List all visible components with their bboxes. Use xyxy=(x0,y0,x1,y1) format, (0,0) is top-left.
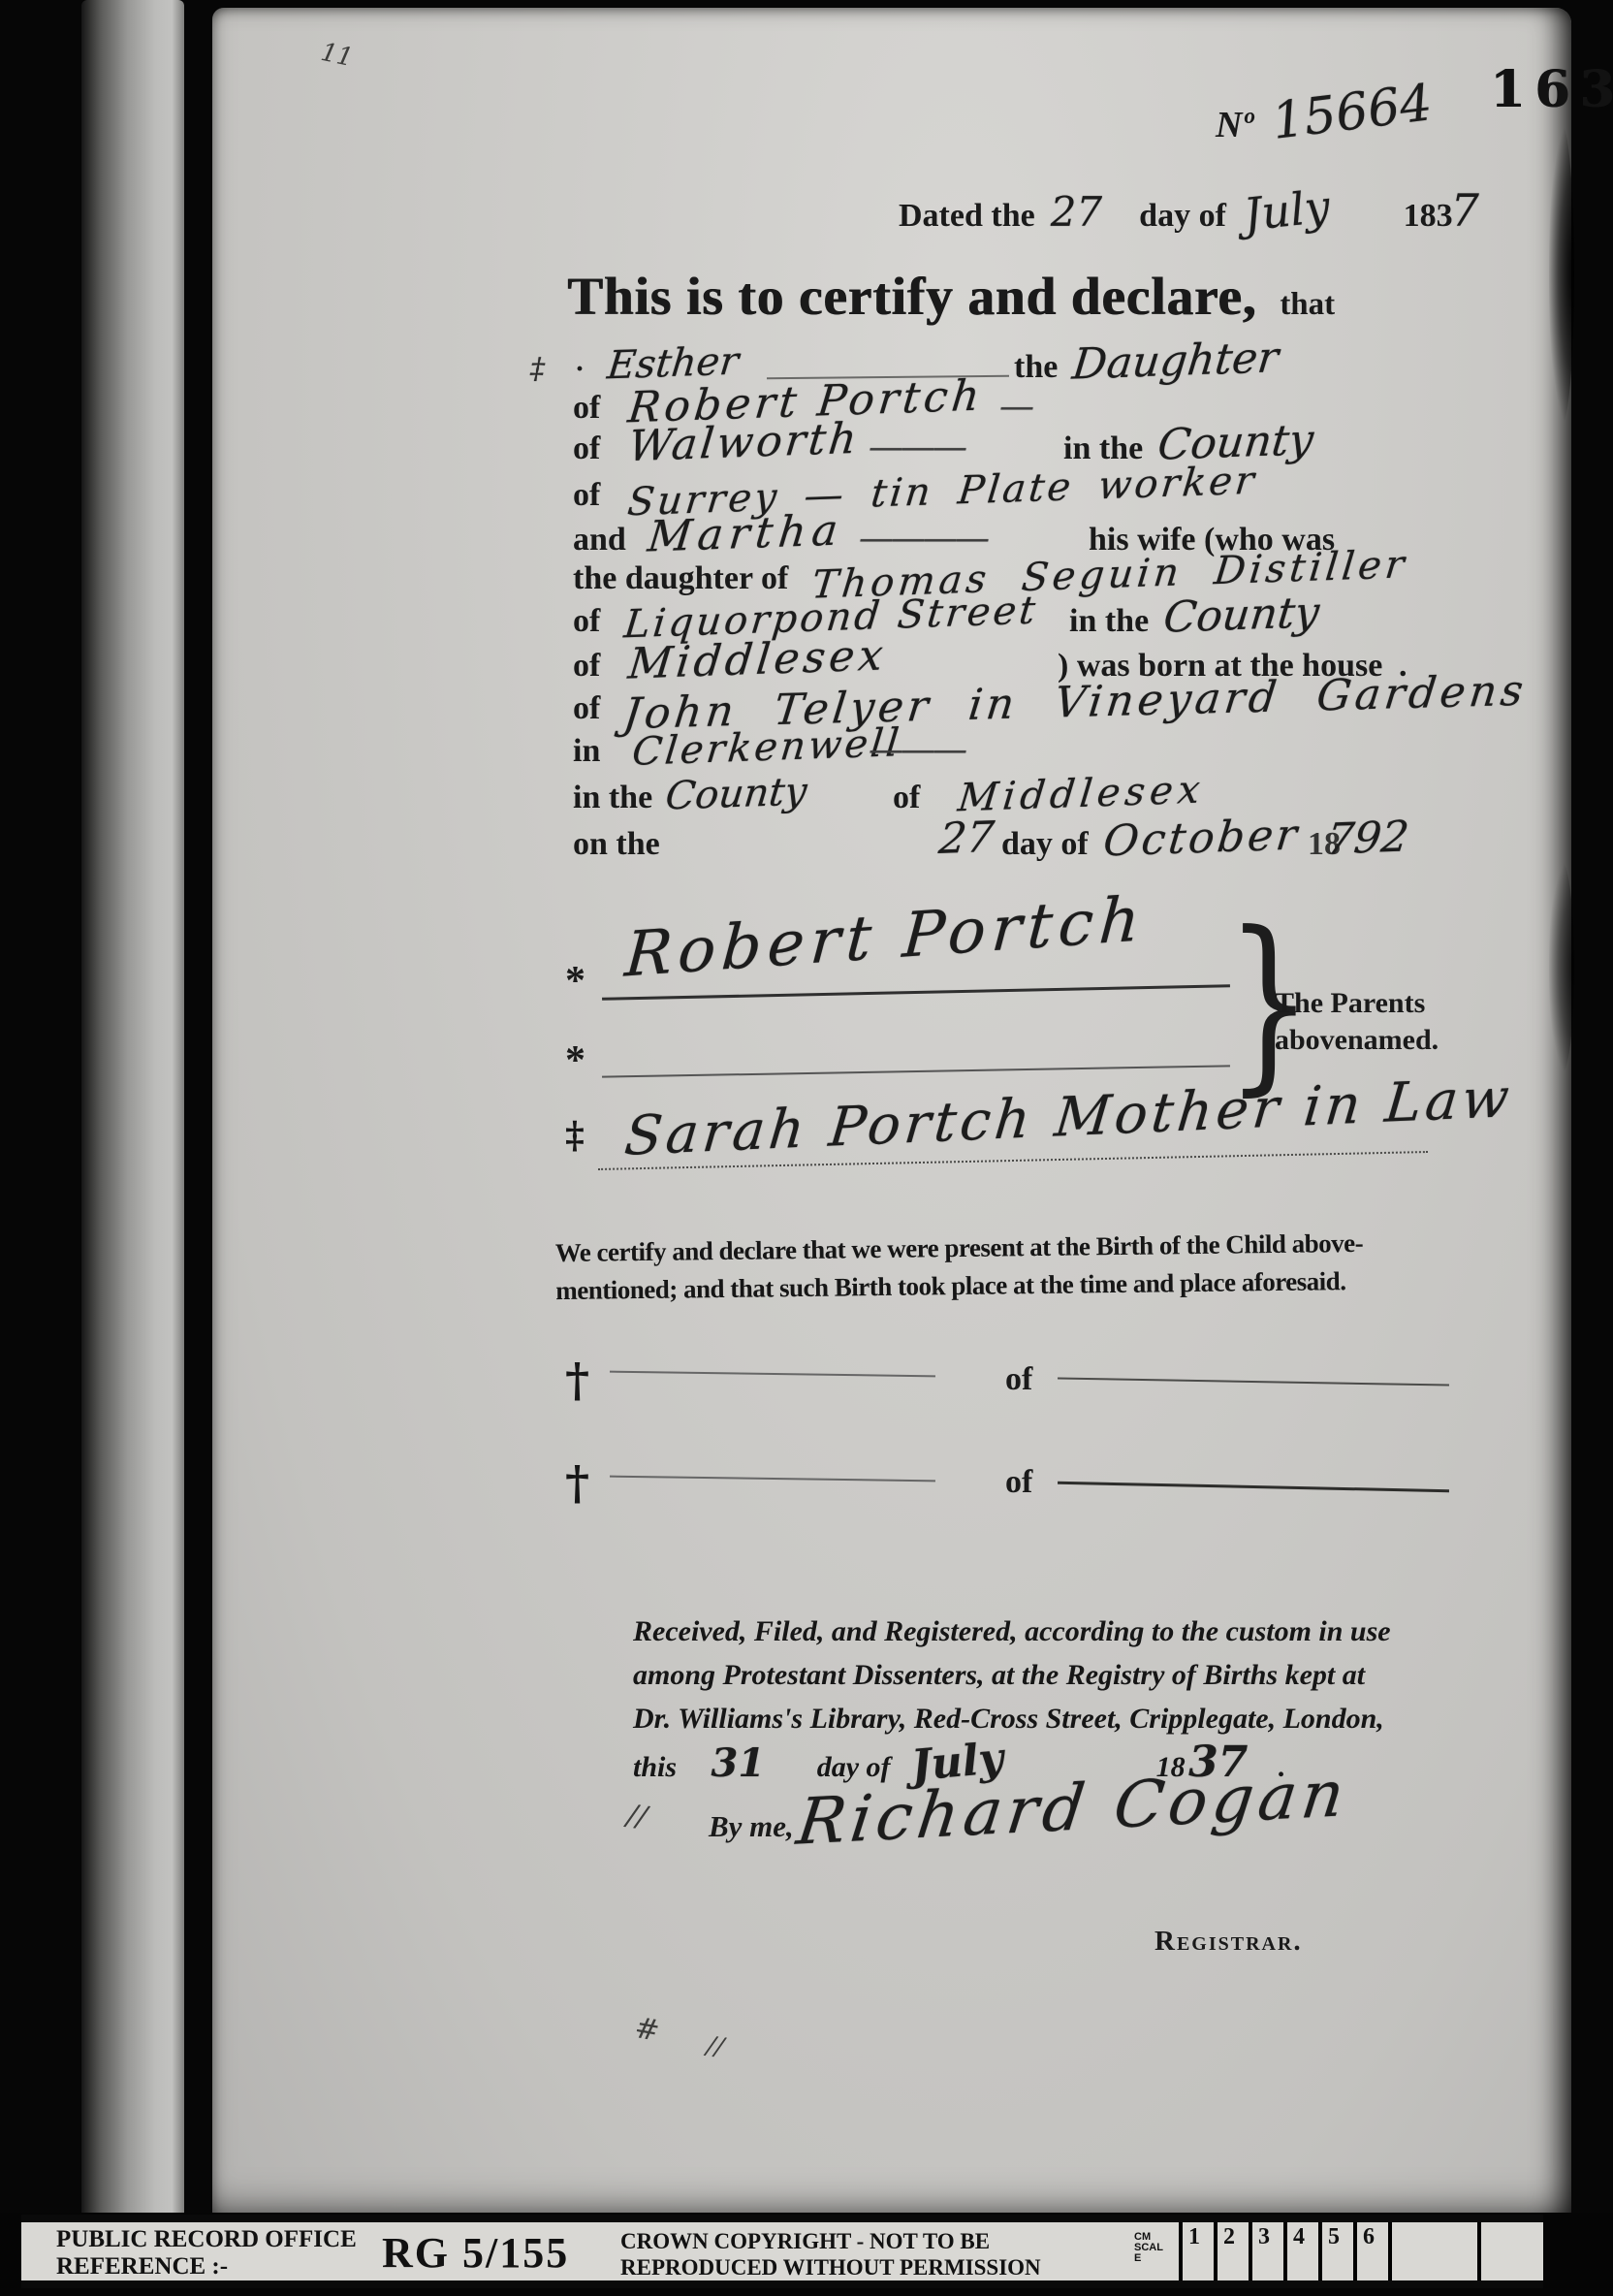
witness-blank-line xyxy=(1058,1377,1449,1386)
line-abode: of Walworth ——— in the County xyxy=(573,419,1587,467)
printed-in-the: in the xyxy=(573,780,652,816)
printed-in-the: in the xyxy=(1069,603,1149,640)
printed-day-of: day of xyxy=(1001,826,1089,863)
printed-of: of xyxy=(893,780,920,816)
parents-label-line1: The Parents xyxy=(1275,985,1439,1022)
dated-year-handwritten: 7 xyxy=(1451,184,1479,237)
witness-blank-line xyxy=(1058,1482,1449,1492)
asterisk-mark: * xyxy=(565,1037,585,1084)
adjacent-page-edge xyxy=(81,0,184,2296)
margin-mark: ‡ xyxy=(530,352,545,386)
ink-dash: ——— xyxy=(869,730,965,770)
ruler-cell-2: 2 xyxy=(1218,2222,1252,2280)
registration-number: Nº 15664 xyxy=(1216,91,1433,149)
birth-parish: Clerkenwell xyxy=(630,720,903,775)
printed-of: of xyxy=(573,603,600,640)
ruler-cell-6: 6 xyxy=(1357,2222,1392,2280)
archive-footer-bar: PUBLIC RECORD OFFICE REFERENCE :- RG 5/1… xyxy=(0,2213,1613,2296)
cm-scale-label: CM SCAL E xyxy=(1134,2232,1163,2264)
line-birth-date: on the 27 day of October 18 792 xyxy=(573,814,1587,863)
ruler-cell-4: 4 xyxy=(1287,2222,1322,2280)
registry-day: 31 xyxy=(712,1740,766,1786)
father-signature: Robert Portch xyxy=(622,884,1148,992)
ruler-cell-5: 5 xyxy=(1322,2222,1357,2280)
pen-mark: # xyxy=(632,2011,662,2049)
registry-line2: among Protestant Dissenters, at the Regi… xyxy=(633,1653,1391,1697)
record-office-label: PUBLIC RECORD OFFICE REFERENCE :- xyxy=(56,2226,357,2280)
dagger-mark: † xyxy=(565,1456,589,1511)
printed-of: of xyxy=(573,477,600,514)
page-number-stamp: 163 xyxy=(1490,60,1613,119)
cm-ruler: 1 2 3 4 5 6 xyxy=(1179,2222,1481,2280)
line-occupation: of Surrey — tin Plate worker xyxy=(573,465,1587,514)
pen-mark: 11 xyxy=(318,38,356,73)
record-office-line1: PUBLIC RECORD OFFICE xyxy=(56,2226,357,2253)
registry-line1: Received, Filed, and Registered, accordi… xyxy=(633,1610,1391,1653)
parents-abovenamed-label: The Parents abovenamed. xyxy=(1275,985,1439,1059)
title-main-text: This is to certify and declare, xyxy=(567,267,1256,326)
birth-year-handwritten: 792 xyxy=(1324,813,1411,865)
dated-year-printed: 183 xyxy=(1404,198,1453,234)
witness-blank-line xyxy=(610,1371,935,1378)
line-grandfather-street: of Liquorpond Street in the County xyxy=(573,591,1587,640)
county-word: County xyxy=(1161,588,1321,643)
line-grandfather: the daughter of Thomas Seguin Distiller xyxy=(573,549,1587,597)
signature-line-blank xyxy=(602,1065,1230,1077)
registry-line3: Dr. Williams's Library, Red-Cross Street… xyxy=(633,1697,1391,1740)
dated-month: July xyxy=(1241,180,1332,241)
ruler-cell-empty xyxy=(1392,2222,1481,2280)
parents-label-line2: abovenamed. xyxy=(1275,1022,1439,1059)
printed-on-the: on the xyxy=(573,826,660,863)
scanned-document-background: { "stamp": { "page_number": "163" }, "co… xyxy=(0,0,1613,2296)
cm-scale-line3: E xyxy=(1134,2253,1163,2264)
scan-edge-blot xyxy=(1549,861,1574,1074)
dated-dayof: day of xyxy=(1139,198,1226,234)
no-value: 15664 xyxy=(1269,74,1436,151)
printed-of: of xyxy=(573,430,600,467)
line-birth-house: of John Telyer in Vineyard Gardens xyxy=(573,679,1587,727)
certificate-title: This is to certify and declare, that xyxy=(567,266,1335,327)
footer-band: PUBLIC RECORD OFFICE REFERENCE :- RG 5/1… xyxy=(21,2215,1543,2288)
copyright-line1: CROWN COPYRIGHT - NOT TO BE xyxy=(620,2228,1041,2254)
line-birth-county: in the County of Middlesex xyxy=(573,768,1587,816)
no-label: Nº xyxy=(1216,105,1253,145)
signature-line xyxy=(602,984,1230,1001)
certify-paragraph: We certify and declare that we were pres… xyxy=(555,1225,1364,1310)
birth-month: October xyxy=(1101,811,1302,867)
ink-dash: ——— xyxy=(869,428,965,467)
double-dagger-mark: ‡ xyxy=(565,1113,585,1157)
record-office-line2: REFERENCE :- xyxy=(56,2253,357,2280)
copyright-line2: REPRODUCED WITHOUT PERMISSION xyxy=(620,2254,1041,2280)
printed-day-of: day of xyxy=(817,1751,891,1783)
birth-day: 27 xyxy=(936,813,996,864)
county-word: County xyxy=(663,769,808,818)
line-birth-parish: in Clerkenwell ——— xyxy=(573,721,1587,770)
pen-mark: // xyxy=(705,2031,726,2062)
dagger-mark: † xyxy=(565,1354,589,1408)
father-abode: Walworth xyxy=(626,414,862,471)
printed-of: of xyxy=(1005,1464,1032,1501)
dated-day: 27 xyxy=(1051,188,1102,236)
reference-number: RG 5/155 xyxy=(382,2228,569,2278)
crown-copyright-notice: CROWN COPYRIGHT - NOT TO BE REPRODUCED W… xyxy=(620,2228,1041,2280)
pen-mark: // xyxy=(625,1799,649,1834)
by-me-label: By me, xyxy=(709,1809,794,1844)
ruler-cell-1: 1 xyxy=(1183,2222,1218,2280)
dated-prefix: Dated the xyxy=(899,198,1035,234)
dated-line: Dated the 27 day of July 183 7 xyxy=(899,184,1479,237)
printed-this: this xyxy=(633,1751,677,1783)
asterisk-mark: * xyxy=(565,958,585,1004)
printed-in: in xyxy=(573,733,600,770)
registrar-label: Registrar. xyxy=(1154,1926,1303,1958)
title-that-text: that xyxy=(1280,287,1335,322)
printed-of: of xyxy=(1005,1361,1032,1398)
certificate-page: 163 Nº 15664 Dated the 27 day of July 18… xyxy=(212,8,1571,2220)
ruler-cell-3: 3 xyxy=(1252,2222,1287,2280)
witness-blank-line xyxy=(610,1476,935,1483)
